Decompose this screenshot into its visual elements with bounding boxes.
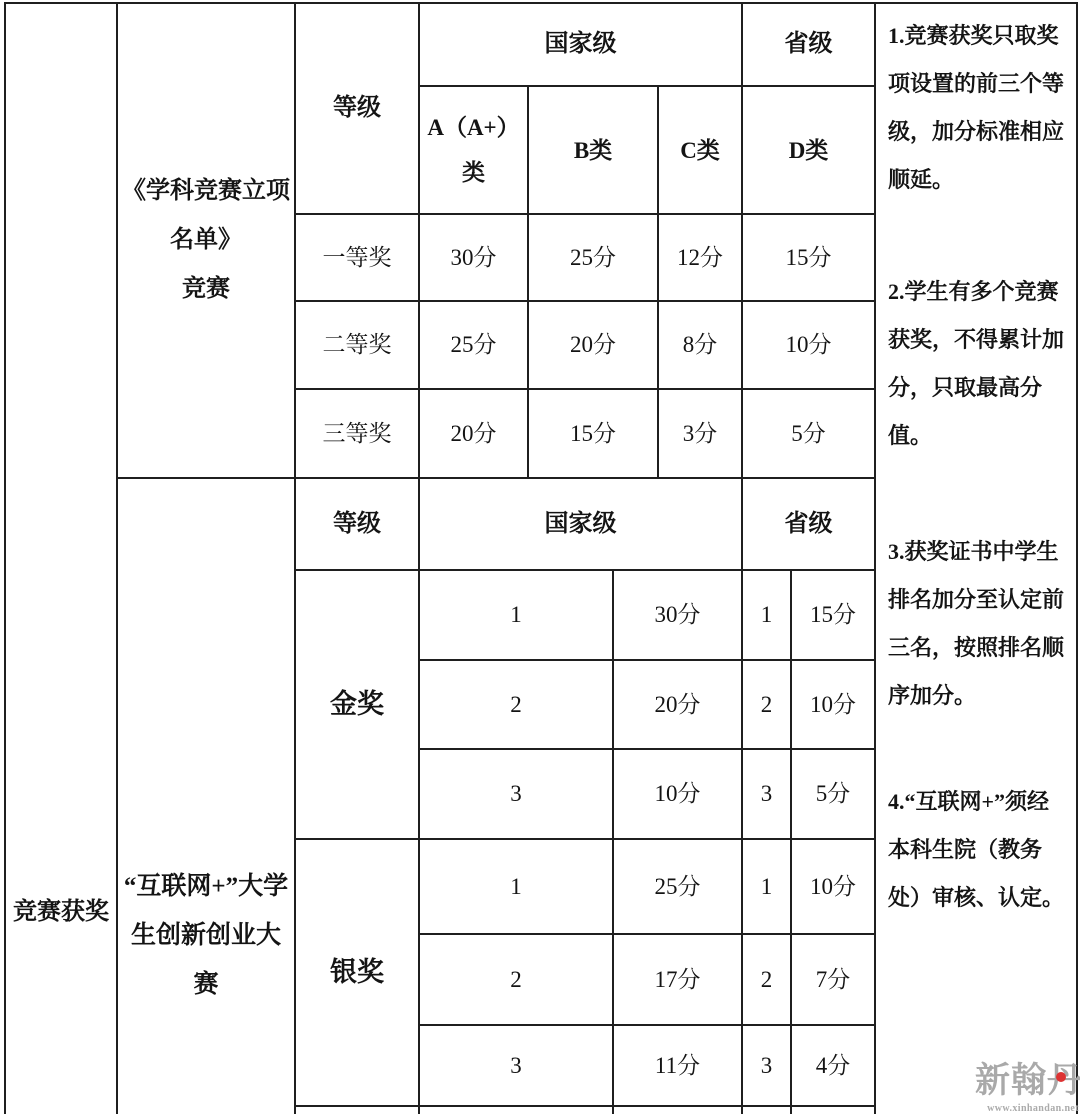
watermark: 新翰丹 www.xinhandan.net (975, 1062, 1079, 1114)
silver-row2-provincial-score: 7分 (790, 933, 876, 1026)
gold-row2-provincial-score: 10分 (790, 659, 876, 750)
cell-competition-name-1: 《学科竞赛立项 名单》 竞赛 (116, 2, 296, 479)
sec1-row3-level: 三等奖 (294, 388, 420, 479)
silver-row3-national-score: 11分 (612, 1024, 743, 1107)
competition-1-line-1: 《学科竞赛立项 (122, 167, 290, 216)
gold-row2-national-score: 20分 (612, 659, 743, 750)
gold-row3-national-score: 10分 (612, 748, 743, 840)
partial-row-national-rank-cell (418, 1105, 614, 1114)
gold-row3-provincial-score: 5分 (790, 748, 876, 840)
notes-panel: 1.竞赛获奖只取奖项设置的前三个等级，加分标准相应顺延。 2.学生有多个竞赛获奖… (874, 2, 1078, 1114)
sec1-row1-score-b: 25分 (527, 213, 659, 302)
competition-1-line-3: 竞赛 (182, 265, 230, 314)
gold-row1-national-score: 30分 (612, 569, 743, 661)
competition-2-text: “互联网+”大学 生创新创业大 赛 (118, 862, 294, 1009)
silver-row3-provincial-score: 4分 (790, 1024, 876, 1107)
sec1-row3-score-c: 3分 (657, 388, 743, 479)
gold-row1-national-rank: 1 (418, 569, 614, 661)
sec1-category-d: D类 (741, 85, 876, 215)
partial-row-level-cell (294, 1105, 420, 1114)
silver-row2-national-score: 17分 (612, 933, 743, 1026)
cell-competition-name-2: “互联网+”大学 生创新创业大 赛 (116, 477, 296, 1114)
silver-award-label: 银奖 (294, 838, 420, 1107)
gold-row3-provincial-rank: 3 (741, 748, 792, 840)
silver-row1-provincial-score: 10分 (790, 838, 876, 935)
gold-row2-provincial-rank: 2 (741, 659, 792, 750)
sec2-national-header: 国家级 (418, 477, 743, 571)
sec1-row2-level: 二等奖 (294, 300, 420, 390)
competition-2-line-2: 生创新创业大 (118, 911, 294, 960)
sec1-provincial-header: 省级 (741, 2, 876, 87)
scanned-table-page: 竞赛获奖 《学科竞赛立项 名单》 竞赛 “互联网+”大学 生创新创业大 赛 等级… (0, 0, 1080, 1114)
sec1-row1-level: 一等奖 (294, 213, 420, 302)
sec1-level-header: 等级 (294, 2, 420, 215)
sec1-row1-score-d: 15分 (741, 213, 876, 302)
group-label-text: 竞赛获奖 (6, 897, 116, 927)
silver-row1-national-score: 25分 (612, 838, 743, 935)
sec1-row1-score-c: 12分 (657, 213, 743, 302)
sec1-row2-score-b: 20分 (527, 300, 659, 390)
silver-row3-national-rank: 3 (418, 1024, 614, 1107)
sec1-row2-score-c: 8分 (657, 300, 743, 390)
silver-row1-national-rank: 1 (418, 838, 614, 935)
note-4: 4.“互联网+”须经本科生院（教务处）审核、认定。 (888, 778, 1068, 922)
competition-2-line-3: 赛 (118, 960, 294, 1009)
sec1-row3-score-a: 20分 (418, 388, 529, 479)
sec2-provincial-header: 省级 (741, 477, 876, 571)
sec1-row3-score-b: 15分 (527, 388, 659, 479)
sec1-category-a: A（A+）类 (418, 85, 529, 215)
partial-row-national-score-cell (612, 1105, 743, 1114)
sec1-category-c: C类 (657, 85, 743, 215)
gold-row1-provincial-score: 15分 (790, 569, 876, 661)
sec1-row3-score-d: 5分 (741, 388, 876, 479)
gold-row1-provincial-rank: 1 (741, 569, 792, 661)
gold-row2-national-rank: 2 (418, 659, 614, 750)
sec1-row2-score-a: 25分 (418, 300, 529, 390)
cell-group-label: 竞赛获奖 (4, 2, 118, 1114)
watermark-url: www.xinhandan.net (975, 1103, 1079, 1114)
silver-row2-national-rank: 2 (418, 933, 614, 1026)
sec1-national-header: 国家级 (418, 2, 743, 87)
gold-row3-national-rank: 3 (418, 748, 614, 840)
silver-row3-provincial-rank: 3 (741, 1024, 792, 1107)
sec2-level-header: 等级 (294, 477, 420, 571)
sec1-row1-score-a: 30分 (418, 213, 529, 302)
sec1-category-b: B类 (527, 85, 659, 215)
sec1-row2-score-d: 10分 (741, 300, 876, 390)
competition-1-line-2: 名单》 (170, 216, 242, 265)
competition-2-line-1: “互联网+”大学 (118, 862, 294, 911)
note-1: 1.竞赛获奖只取奖项设置的前三个等级，加分标准相应顺延。 (888, 12, 1068, 204)
partial-row-provincial-score-cell (790, 1105, 876, 1114)
partial-row-provincial-rank-cell (741, 1105, 792, 1114)
note-3: 3.获奖证书中学生排名加分至认定前三名，按照排名顺序加分。 (888, 528, 1068, 720)
silver-row1-provincial-rank: 1 (741, 838, 792, 935)
note-2: 2.学生有多个竞赛获奖，不得累计加分，只取最高分值。 (888, 268, 1068, 460)
silver-row2-provincial-rank: 2 (741, 933, 792, 1026)
gold-award-label: 金奖 (294, 569, 420, 840)
watermark-red-dot (1056, 1072, 1066, 1082)
